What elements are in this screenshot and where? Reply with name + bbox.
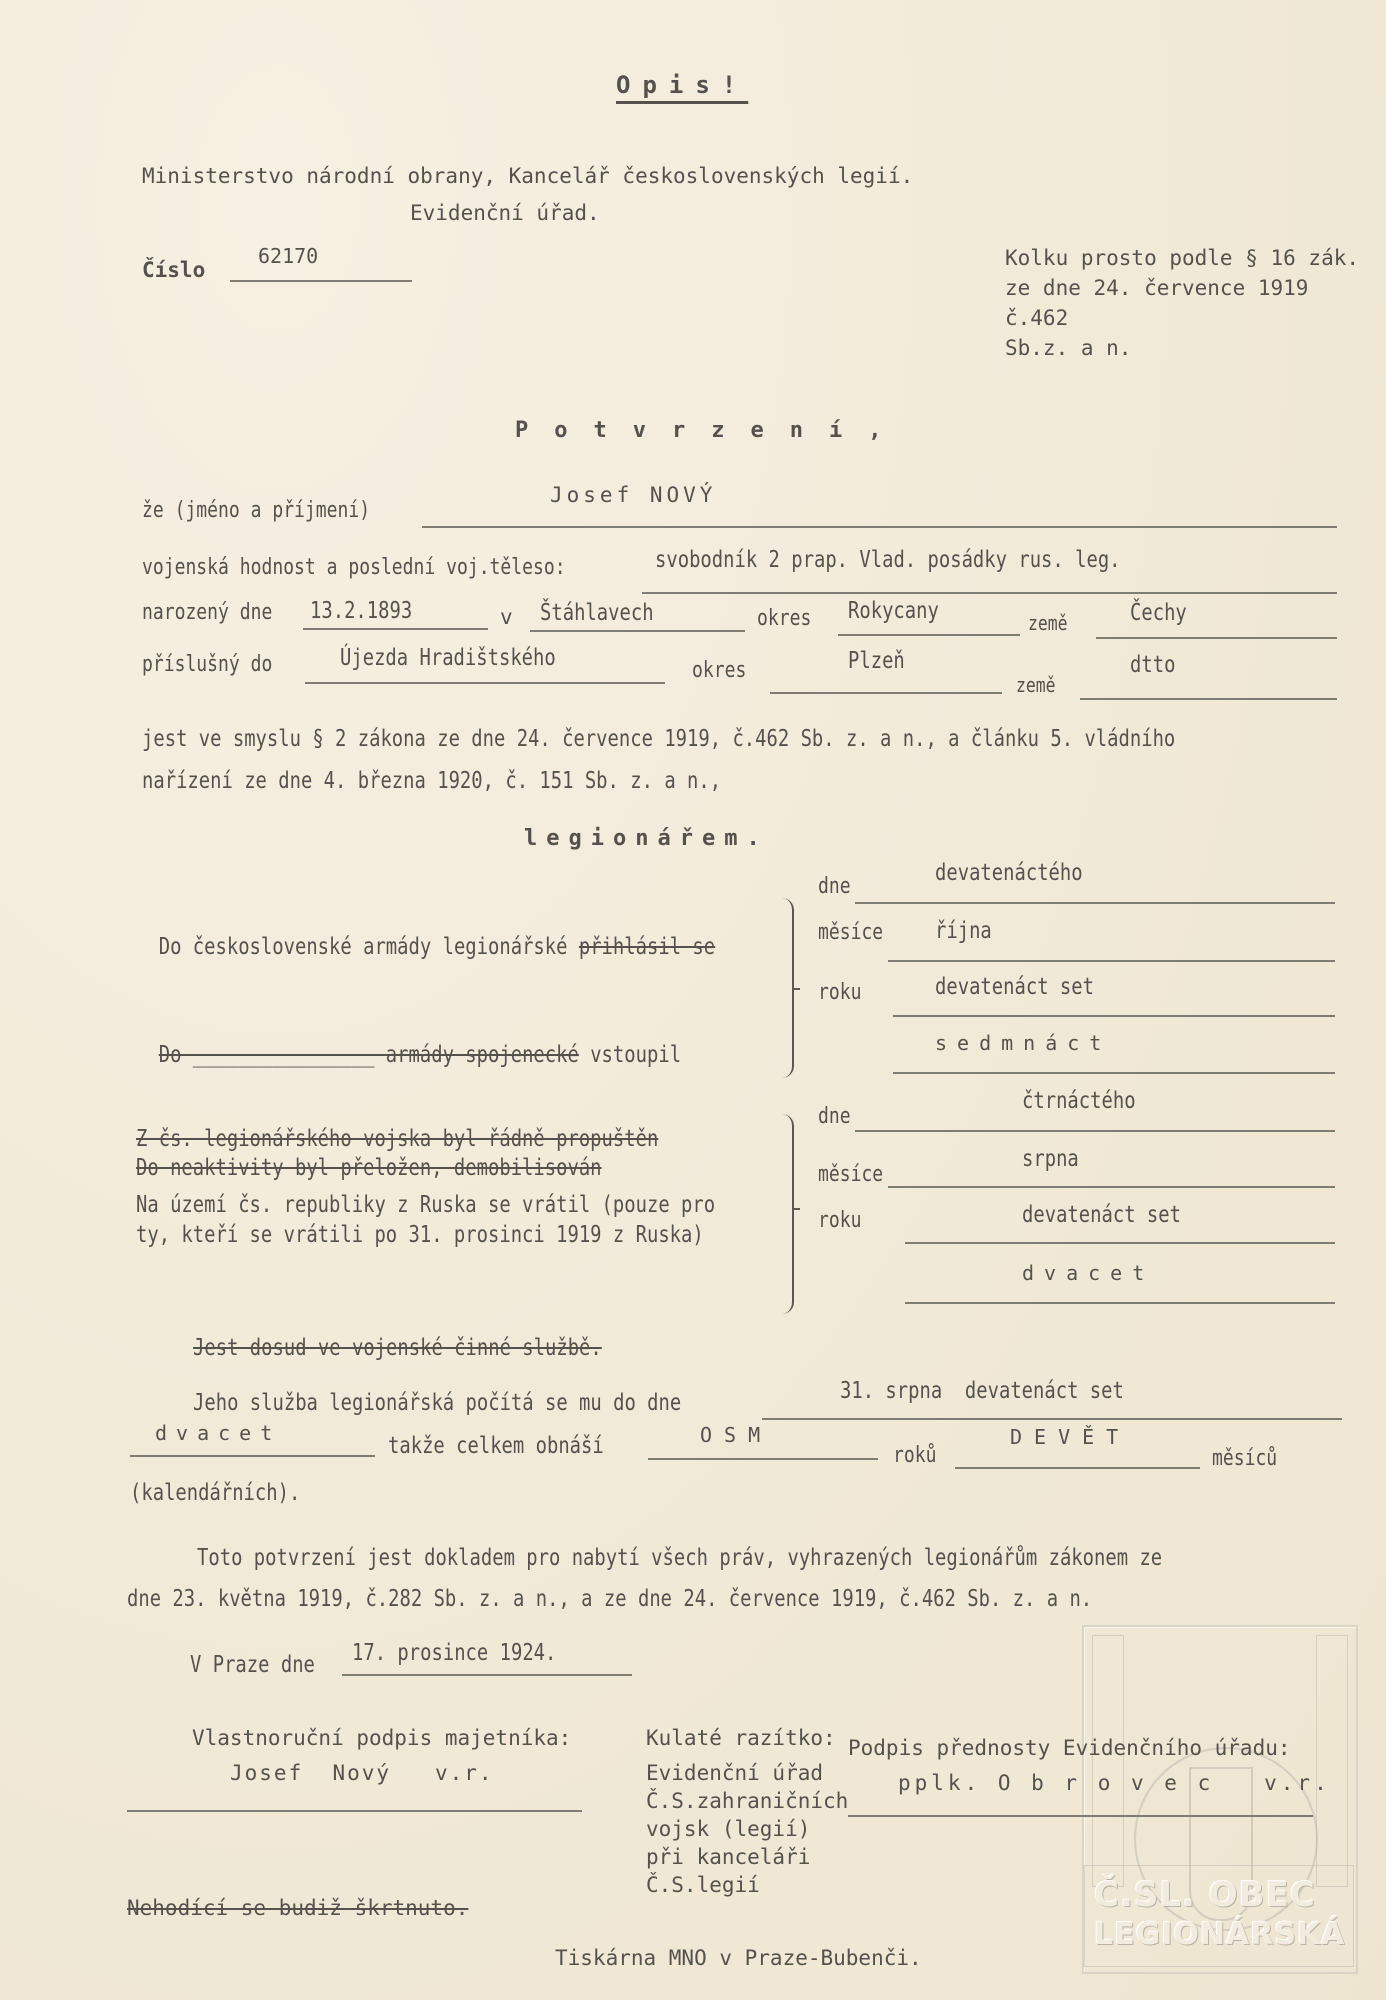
service-years-value: OSM	[700, 1422, 772, 1448]
domicile-place-underline	[305, 682, 665, 684]
service-text-2: takže celkem obnáší	[388, 1433, 604, 1459]
exit-month-underline	[888, 1186, 1335, 1188]
exit-brace-tip	[792, 1208, 800, 1210]
birth-date-underline	[303, 628, 488, 630]
birth-place: Štáhlavech	[540, 600, 654, 626]
service-months-value: DEVĚT	[1010, 1424, 1130, 1450]
document-title: Potvrzení,	[515, 418, 907, 444]
birth-land-label: země	[1028, 610, 1068, 636]
birth-district-underline	[838, 634, 1020, 636]
birth-land-underline	[1096, 637, 1337, 639]
service-until-2-underline	[130, 1455, 375, 1457]
place-date-underline	[342, 1674, 632, 1676]
round-stamp-line: Evidenční úřad	[646, 1760, 823, 1786]
domicile-district-label: okres	[692, 658, 746, 684]
stamp-text-line-1: Č.SL. OBEC	[1094, 1875, 1316, 1915]
head-signature-value: pplk. O b r o v e c v.r.	[898, 1770, 1331, 1796]
exit-struck-discharged: Z čs. legionářského vojska byl řádně pro…	[136, 1126, 658, 1152]
entry-text: Do československé armády legionářské	[159, 934, 579, 960]
exit-month-label: měsíce	[818, 1162, 883, 1188]
service-until-underline	[762, 1418, 1342, 1420]
exit-brace	[782, 1114, 794, 1314]
rank-underline	[642, 592, 1337, 594]
round-stamp-line: při kanceláři	[646, 1844, 810, 1870]
rank-value: svobodník 2 prap. Vlad. posádky rus. leg…	[655, 547, 1121, 573]
place-date-value: 17. prosince 1924.	[352, 1640, 556, 1666]
birth-place-label: v	[500, 604, 513, 630]
exit-day: čtrnáctého	[1022, 1088, 1136, 1114]
birth-district-label: okres	[757, 606, 811, 632]
entry-year-1: devatenáct set	[935, 974, 1094, 1000]
service-text-1: Jeho služba legionářská počítá se mu do …	[193, 1390, 681, 1416]
entry-day-label: dne	[818, 874, 851, 900]
number-underline	[230, 280, 412, 282]
stamp-text-line-2: LEGIONÁRSKÁ	[1094, 1917, 1345, 1952]
rights-line-2: dne 23. května 1919, č.282 Sb. z. a n., …	[127, 1586, 1092, 1612]
service-text-3: (kalendářních).	[130, 1480, 300, 1506]
number-value: 62170	[258, 243, 318, 269]
owner-signature-value: Josef Nový v.r.	[230, 1760, 494, 1786]
owner-signature-label: Vlastnoruční podpis majetníka:	[192, 1725, 571, 1751]
exit-year-1-underline	[905, 1242, 1335, 1244]
domicile-land-label: země	[1016, 672, 1056, 698]
stamp-column-right	[1316, 1635, 1348, 1887]
entry-year-label: roku	[818, 980, 861, 1006]
domicile-district: Plzeň	[848, 648, 905, 674]
entry-month: října	[935, 918, 992, 944]
stamp-note-line: č.462	[1005, 305, 1068, 331]
stamp-note-line: ze dne 24. července 1919	[1005, 275, 1308, 301]
entry-year-2-underline	[893, 1072, 1335, 1074]
head-signature-label: Podpis přednosty Evidenčního úřadu:	[848, 1735, 1291, 1761]
domicile-label: příslušný do	[142, 652, 272, 678]
birth-label: narozený dne	[142, 600, 272, 626]
name-value: Josef NOVÝ	[550, 482, 716, 508]
active-service-struck: Jest dosud ve vojenské činné službě.	[193, 1335, 602, 1361]
stamp-note-line: Sb.z. a n.	[1005, 335, 1131, 361]
issuer-line-1: Ministerstvo národní obrany, Kancelář če…	[142, 163, 913, 189]
legal-paragraph-line-1: jest ve smyslu § 2 zákona ze dne 24. čer…	[142, 726, 1175, 752]
entry-day-underline	[855, 902, 1335, 904]
exit-struck-demobilised: Do neaktivity byl přeložen, demobilisová…	[136, 1155, 602, 1181]
entry-joined: vstoupil	[579, 1042, 681, 1068]
birth-district: Rokycany	[848, 598, 939, 624]
round-stamp-line: Č.S.zahraničních	[646, 1788, 848, 1814]
strike-instruction: Nehodící se budiž škrtnuto.	[127, 1895, 468, 1921]
heading-opis: Opis!	[616, 72, 748, 98]
round-stamp-line: Č.S.legií	[646, 1872, 760, 1898]
exit-year-2-underline	[905, 1302, 1335, 1304]
name-label: že (jméno a příjmení)	[142, 498, 370, 524]
stamp-column-left	[1092, 1635, 1124, 1887]
service-until-value: 31. srpna devatenáct set	[840, 1378, 1124, 1404]
domicile-place: Újezda Hradištského	[340, 645, 556, 671]
stamp-note-line: Kolku prosto podle § 16 zák.	[1005, 245, 1359, 271]
owner-signature-underline	[127, 1810, 582, 1812]
domicile-land: dtto	[1130, 652, 1175, 678]
exit-returned-line-2: ty, kteří se vrátili po 31. prosinci 191…	[136, 1222, 704, 1248]
place-date-label: V Praze dne	[190, 1652, 315, 1678]
entry-line-1: Do československé armády legionářské při…	[136, 908, 715, 960]
legal-paragraph-line-2: nařízení ze dne 4. března 1920, č. 151 S…	[142, 768, 721, 794]
service-months-label: měsíců	[1212, 1446, 1277, 1472]
exit-day-underline	[855, 1130, 1335, 1132]
service-years-underline	[648, 1458, 878, 1460]
rights-line-1: Toto potvrzení jest dokladem pro nabytí …	[197, 1545, 1162, 1571]
legionnaire-heading: legionářem.	[524, 826, 769, 852]
exit-month: srpna	[1022, 1146, 1079, 1172]
entry-month-label: měsíce	[818, 920, 883, 946]
issuer-line-2: Evidenční úřad.	[410, 200, 600, 226]
exit-year-2: dvacet	[1022, 1260, 1154, 1286]
round-stamp-label: Kulaté razítko:	[646, 1725, 836, 1751]
exit-year-1: devatenáct set	[1022, 1202, 1181, 1228]
exit-day-label: dne	[818, 1104, 851, 1130]
service-years-label: roků	[893, 1443, 936, 1469]
round-stamp-line: vojsk (legií)	[646, 1816, 810, 1842]
birth-date: 13.2.1893	[310, 598, 412, 624]
head-signature-underline	[848, 1815, 1313, 1817]
domicile-district-underline	[770, 692, 1002, 694]
entry-brace-tip	[792, 988, 800, 990]
entry-line-2: Do ________________ armády spojenecké vs…	[136, 1016, 681, 1068]
embossed-legion-stamp: Č.SL. OBEC LEGIONÁRSKÁ	[1082, 1625, 1358, 1974]
entry-struck-text: přihlásil se	[579, 934, 715, 960]
exit-year-label: roku	[818, 1208, 861, 1234]
entry-month-underline	[888, 960, 1335, 962]
entry-year-2: sedmnáct	[935, 1030, 1111, 1056]
entry-day: devatenáctého	[935, 860, 1083, 886]
exit-returned-line-1: Na území čs. republiky z Ruska se vrátil…	[136, 1192, 715, 1218]
printer-imprint: Tiskárna MNO v Praze-Bubenči.	[555, 1945, 922, 1971]
rank-label: vojenská hodnost a poslední voj.těleso:	[142, 555, 566, 581]
name-underline	[422, 526, 1337, 528]
entry-struck-allied: Do ________________ armády spojenecké	[159, 1042, 579, 1068]
service-until-value-2: dvacet	[155, 1420, 281, 1446]
birth-place-underline	[530, 630, 745, 632]
number-label: Číslo	[142, 257, 205, 283]
birth-land: Čechy	[1130, 600, 1187, 626]
service-months-underline	[955, 1467, 1200, 1469]
entry-year-1-underline	[893, 1015, 1335, 1017]
domicile-land-underline	[1080, 698, 1337, 700]
